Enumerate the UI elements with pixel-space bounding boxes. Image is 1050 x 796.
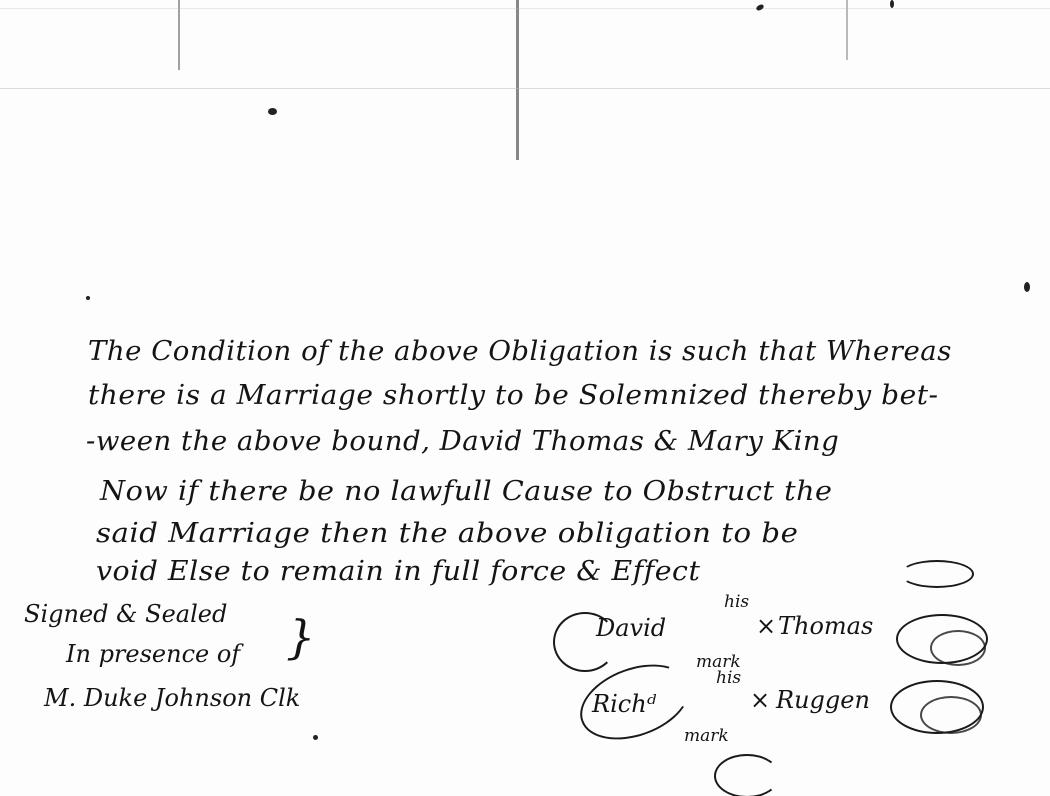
attestation-in-presence: In presence of	[66, 640, 240, 668]
ink-speck	[313, 735, 318, 740]
seal-1-inner	[930, 630, 986, 666]
attestation-witness: M. Duke Johnson Clk	[44, 684, 300, 712]
signature-mark-label-2: mark	[684, 726, 729, 746]
fold-crease-right	[846, 0, 848, 60]
body-line-1: The Condition of the above Obligation is…	[88, 336, 952, 367]
signature-underloop-2	[714, 754, 780, 796]
attestation-signed-sealed: Signed & Sealed	[24, 600, 227, 628]
ink-speck	[890, 0, 894, 8]
attestation-brace: }	[286, 610, 315, 664]
signature-surname-1: Thomas	[778, 612, 873, 640]
ink-speck	[86, 296, 90, 300]
signature-surname-2: Ruggen	[776, 686, 870, 714]
seal-2-inner	[920, 696, 982, 734]
ink-speck	[1024, 282, 1030, 292]
body-line-6: void Else to remain in full force & Effe…	[96, 556, 700, 587]
fold-crease-horizontal	[0, 88, 1050, 89]
ink-speck	[755, 3, 764, 11]
fold-crease-left	[178, 0, 180, 70]
document-page: The Condition of the above Obligation is…	[0, 0, 1050, 796]
closing-flourish	[900, 560, 974, 588]
fold-crease-center	[516, 0, 519, 160]
signature-given-name-2: Richᵈ	[592, 690, 656, 718]
signature-mark-1: ×	[756, 612, 776, 640]
fold-crease-horizontal-top	[0, 8, 1050, 9]
body-line-2: there is a Marriage shortly to be Solemn…	[88, 380, 939, 411]
body-line-5: said Marriage then the above obligation …	[96, 518, 798, 549]
body-line-4: Now if there be no lawfull Cause to Obst…	[100, 476, 833, 507]
ink-speck	[268, 108, 277, 115]
body-line-3: -ween the above bound, David Thomas & Ma…	[86, 426, 839, 457]
signature-mark-2: ×	[750, 686, 770, 714]
signature-given-name-1: David	[596, 614, 666, 642]
signature-his-label-1: his	[724, 592, 749, 612]
signature-his-label-2: his	[716, 668, 741, 688]
